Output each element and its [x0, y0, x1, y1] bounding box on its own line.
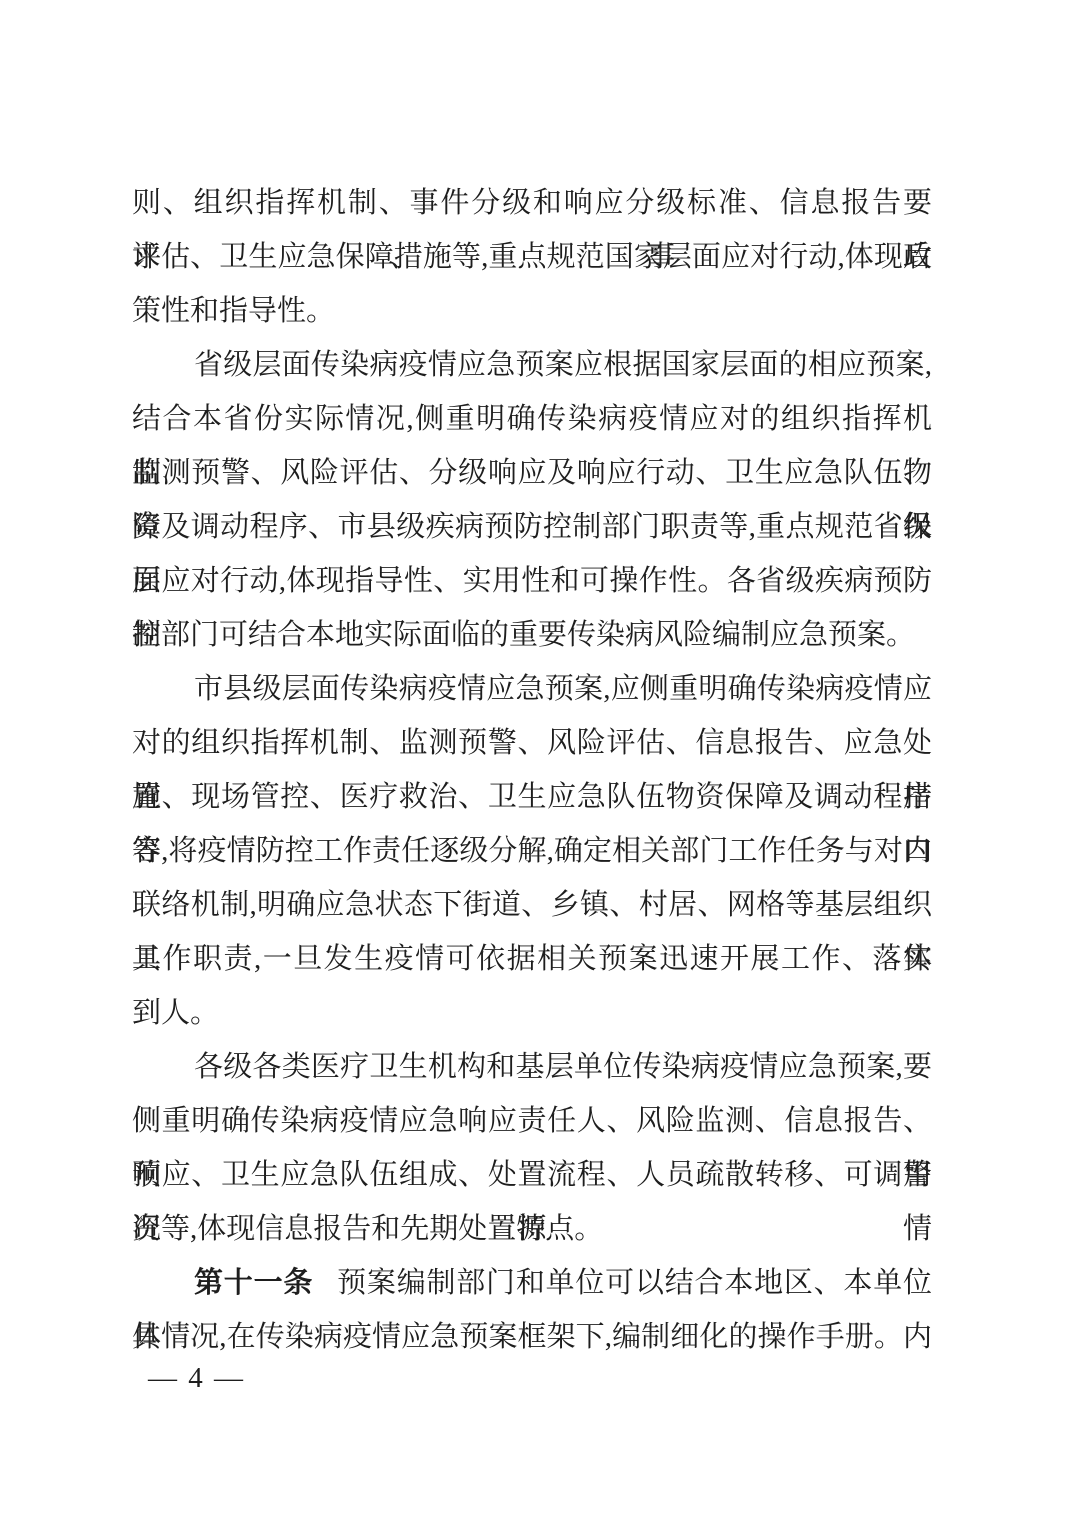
text-line: 面应对行动,体现指导性、实用性和可操作性。各省级疾病预防控 — [132, 554, 932, 608]
article-number: 第十一条 — [194, 1267, 313, 1299]
text-line: 侧重明确传染病疫情应急响应责任人、风险监测、信息报告、预警 — [132, 1094, 932, 1148]
text-line: 响应、卫生应急队伍组成、处置流程、人员疏散转移、可调用资源情 — [132, 1148, 932, 1202]
text-line: 第十一条预案编制部门和单位可以结合本地区、本单位具 — [132, 1256, 932, 1310]
page-number: — 4 — — [148, 1358, 245, 1398]
text-line: 障及调动程序、市县级疾病预防控制部门职责等,重点规范省级层 — [132, 500, 932, 554]
text-line: 市县级层面传染病疫情应急预案,应侧重明确传染病疫情应 — [132, 662, 932, 716]
text-line: 工作职责,一旦发生疫情可依据相关预案迅速开展工作、落实 — [132, 932, 932, 986]
text-line: 联络机制,明确应急状态下街道、乡镇、村居、网格等基层组织具体 — [132, 878, 932, 932]
text-line: 体情况,在传染病疫情应急预案框架下,编制细化的操作手册。内 — [132, 1310, 932, 1364]
text-line: 评估、卫生应急保障措施等,重点规范国家层面应对行动,体现政 — [132, 230, 932, 284]
text-line: 到人。 — [132, 986, 932, 1040]
text-line: 监测预警、风险评估、分级响应及响应行动、卫生应急队伍物资保 — [132, 446, 932, 500]
text-line: 省级层面传染病疫情应急预案应根据国家层面的相应预案, — [132, 338, 932, 392]
text-line: 对的组织指挥机制、监测预警、风险评估、信息报告、应急处置措 — [132, 716, 932, 770]
text-line: 制部门可结合本地实际面临的重要传染病风险编制应急预案。 — [132, 608, 932, 662]
text-line: 容,将疫情防控工作责任逐级分解,确定相关部门工作任务与对口 — [132, 824, 932, 878]
document-body: 则、组织指挥机制、事件分级和响应分级标准、信息报告要求、事后评估、卫生应急保障措… — [132, 176, 932, 1364]
text-line: 施、现场管控、医疗救治、卫生应急队伍物资保障及调动程序等内 — [132, 770, 932, 824]
text-line: 各级各类医疗卫生机构和基层单位传染病疫情应急预案,要 — [132, 1040, 932, 1094]
document-page: 则、组织指挥机制、事件分级和响应分级标准、信息报告要求、事后评估、卫生应急保障措… — [0, 0, 1080, 1528]
text-line: 则、组织指挥机制、事件分级和响应分级标准、信息报告要求、事后 — [132, 176, 932, 230]
text-line: 结合本省份实际情况,侧重明确传染病疫情应对的组织指挥机制、 — [132, 392, 932, 446]
text-line: 策性和指导性。 — [132, 284, 932, 338]
